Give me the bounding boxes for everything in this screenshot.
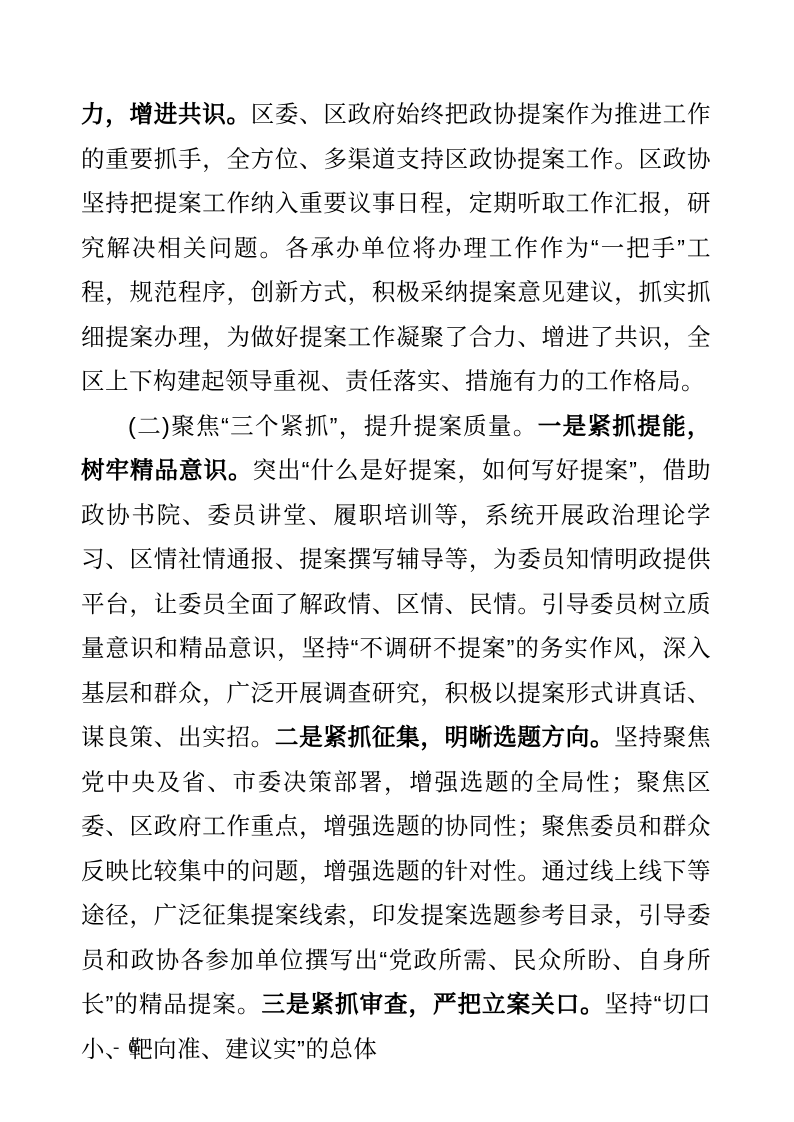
page-number: - 6 -	[113, 1036, 155, 1060]
text-run: 二是紧抓征集，明晰选题方向。	[275, 724, 614, 750]
paragraph: (二)聚焦“三个紧抓”，提升提案质量。一是紧抓提能，树牢精品意识。突出“什么是好…	[81, 404, 711, 1072]
text-run: 三是紧抓审查，严把立案关口。	[261, 991, 604, 1017]
document-body: 力，增进共识。区委、区政府始终把政协提案作为推进工作的重要抓手，全方位、多渠道支…	[81, 92, 711, 1071]
text-run: 突出“什么是好提案，如何写好提案”，借助政协书院、委员讲堂、履职培训等，系统开展…	[81, 457, 711, 750]
text-run: 力，增进共识。	[81, 101, 251, 127]
document-page: 力，增进共识。区委、区政府始终把政协提案作为推进工作的重要抓手，全方位、多渠道支…	[0, 0, 794, 1122]
text-run: 区委、区政府始终把政协提案作为推进工作的重要抓手，全方位、多渠道支持区政协提案工…	[81, 101, 711, 394]
text-run: (二)聚焦“三个紧抓”，提升提案质量。	[128, 413, 538, 439]
paragraph: 力，增进共识。区委、区政府始终把政协提案作为推进工作的重要抓手，全方位、多渠道支…	[81, 92, 711, 404]
text-run: 坚持聚焦党中央及省、市委决策部署，增强选题的全局性；聚焦区委、区政府工作重点，增…	[81, 724, 711, 1017]
